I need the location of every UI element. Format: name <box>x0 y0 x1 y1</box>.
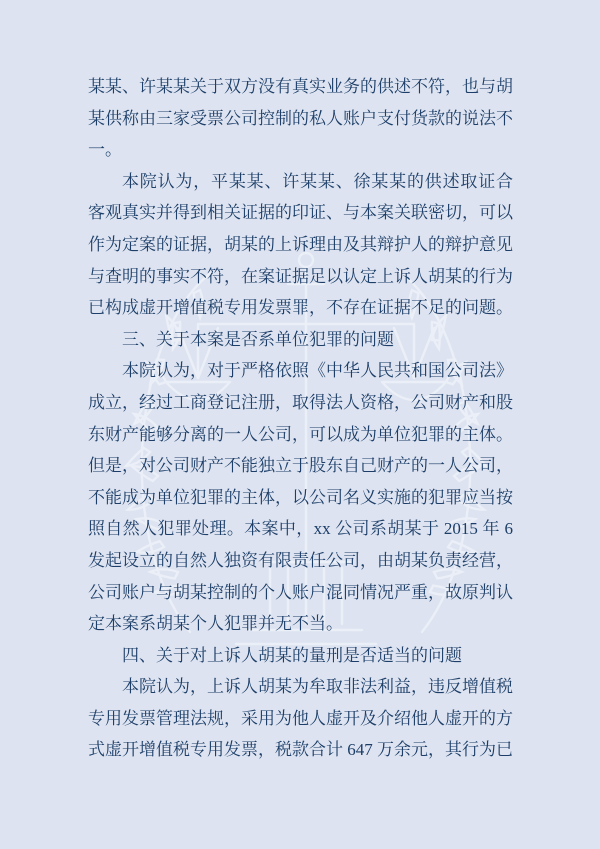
document-page: 某某、许某某关于双方没有真实业务的供述不符，也与胡某供称由三家受票公司控制的私人… <box>0 0 600 849</box>
text-line: 式虚开增值税专用发票，税款合计 647 万余元，其行为已 <box>88 734 513 766</box>
text-line: 本院认为，上诉人胡某为牟取非法利益，违反增值税 <box>88 671 513 703</box>
text-line: 本院认为，对于严格依照《中华人民共和国公司法》 <box>88 355 513 387</box>
text-line: 本院认为，平某某、许某某、徐某某的供述取证合法、 <box>88 166 513 198</box>
text-line: 发起设立的自然人独资有限责任公司，由胡某负责经营， <box>88 545 513 577</box>
text-line: 定本案系胡某个人犯罪并无不当。 <box>88 608 513 640</box>
text-line: 某某、许某某关于双方没有真实业务的供述不符，也与胡 <box>88 71 513 103</box>
text-line: 作为定案的证据，胡某的上诉理由及其辩护人的辩护意见 <box>88 229 513 261</box>
text-line: 不能成为单位犯罪的主体，以公司名义实施的犯罪应当按 <box>88 482 513 514</box>
text-line: 客观真实并得到相关证据的印证、与本案关联密切，可以 <box>88 197 513 229</box>
text-line: 已构成虚开增值税专用发票罪，不存在证据不足的问题。 <box>88 292 513 324</box>
text-line: 三、关于本案是否系单位犯罪的问题 <box>88 324 513 356</box>
text-line: 但是，对公司财产不能独立于股东自己财产的一人公司， <box>88 450 513 482</box>
document-body: 某某、许某某关于双方没有真实业务的供述不符，也与胡某供称由三家受票公司控制的私人… <box>88 71 513 766</box>
text-line: 东财产能够分离的一人公司，可以成为单位犯罪的主体。 <box>88 419 513 451</box>
text-line: 照自然人犯罪处理。本案中，xx 公司系胡某于 2015 年 6 月 <box>88 513 513 545</box>
text-line: 公司账户与胡某控制的个人账户混同情况严重，故原判认 <box>88 577 513 609</box>
text-line: 专用发票管理法规，采用为他人虚开及介绍他人虚开的方 <box>88 703 513 735</box>
text-line: 成立，经过工商登记注册，取得法人资格，公司财产和股 <box>88 387 513 419</box>
text-line: 某供称由三家受票公司控制的私人账户支付货款的说法不 <box>88 103 513 135</box>
text-line: 一。 <box>88 134 513 166</box>
text-line: 四、关于对上诉人胡某的量刑是否适当的问题 <box>88 640 513 672</box>
text-line: 与查明的事实不符，在案证据足以认定上诉人胡某的行为 <box>88 261 513 293</box>
